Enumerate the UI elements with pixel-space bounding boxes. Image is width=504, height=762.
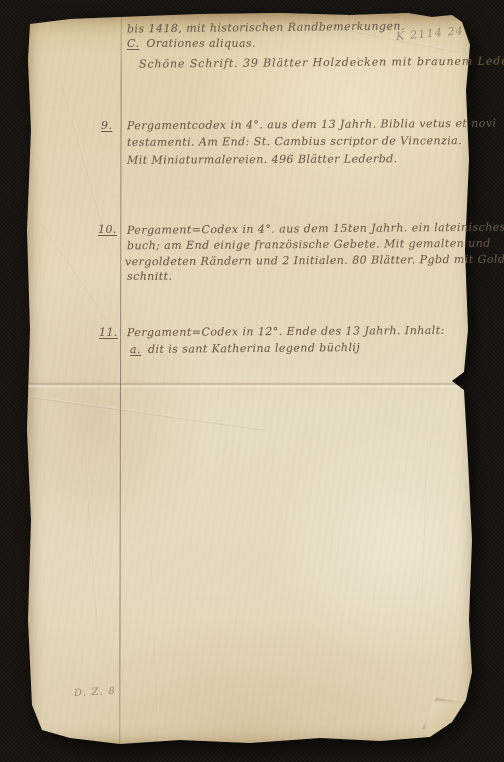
- entry-number: 9.: [101, 119, 112, 132]
- crease-line: [32, 396, 265, 431]
- horizontal-fold-crease: [24, 382, 480, 388]
- section-letter-label: C.: [127, 37, 139, 50]
- manuscript-line: testamenti. Am End: St. Cambius scriptor…: [127, 134, 462, 149]
- manuscript-line: Mit Miniaturmalereien. 496 Blätter Leder…: [127, 152, 398, 166]
- manuscript-line: vergoldeten Rändern und 2 Initialen. 80 …: [125, 253, 504, 269]
- manuscript-line: Pergamentcodex in 4°. aus dem 13 Jahrh. …: [127, 117, 497, 133]
- margin-rule-line: [119, 16, 122, 744]
- subentry-text: dit is sant Katherina legend büchlij: [148, 341, 360, 356]
- manuscript-line: schnitt.: [127, 270, 172, 283]
- photo-background: bis 1418, mit historischen Randbemerkung…: [0, 0, 504, 762]
- section-title: Orationes aliquas.: [146, 37, 256, 50]
- crease-line: [83, 431, 99, 631]
- manuscript-subentry: a.dit is sant Katherina legend büchlij: [130, 341, 360, 356]
- pencil-shelfmark-bottom-left: D. Z. 8: [74, 686, 116, 699]
- entry-number: 11.: [99, 326, 118, 339]
- folded-corner-bottom-right: [422, 698, 468, 740]
- manuscript-line: Pergament=Codex in 12°. Ende des 13 Jahr…: [127, 324, 445, 339]
- crease-line: [151, 559, 160, 749]
- manuscript-line: buch; am End einige französische Gebete.…: [127, 237, 491, 253]
- header-line-2: C.Orationes aliquas.: [127, 37, 256, 50]
- crease-line: [421, 441, 429, 601]
- entry-number: 10.: [98, 223, 117, 236]
- subentry-letter-label: a.: [130, 343, 141, 356]
